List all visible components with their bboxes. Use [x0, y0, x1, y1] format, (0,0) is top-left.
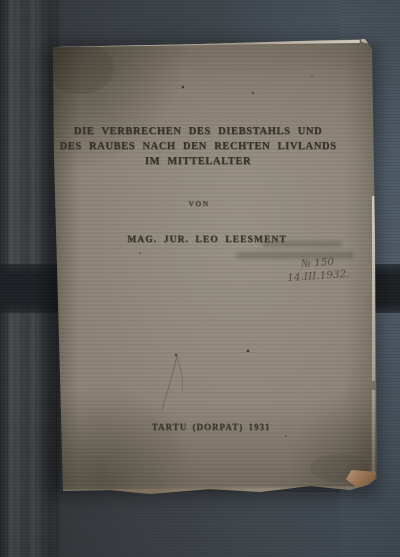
book-cover: DIE VERBRECHEN DES DIEBSTAHLS UND DES RA… — [50, 38, 377, 494]
cover-stains — [50, 38, 377, 494]
book-cover-photo: DIE VERBRECHEN DES DIEBSTAHLS UND DES RA… — [0, 0, 400, 557]
